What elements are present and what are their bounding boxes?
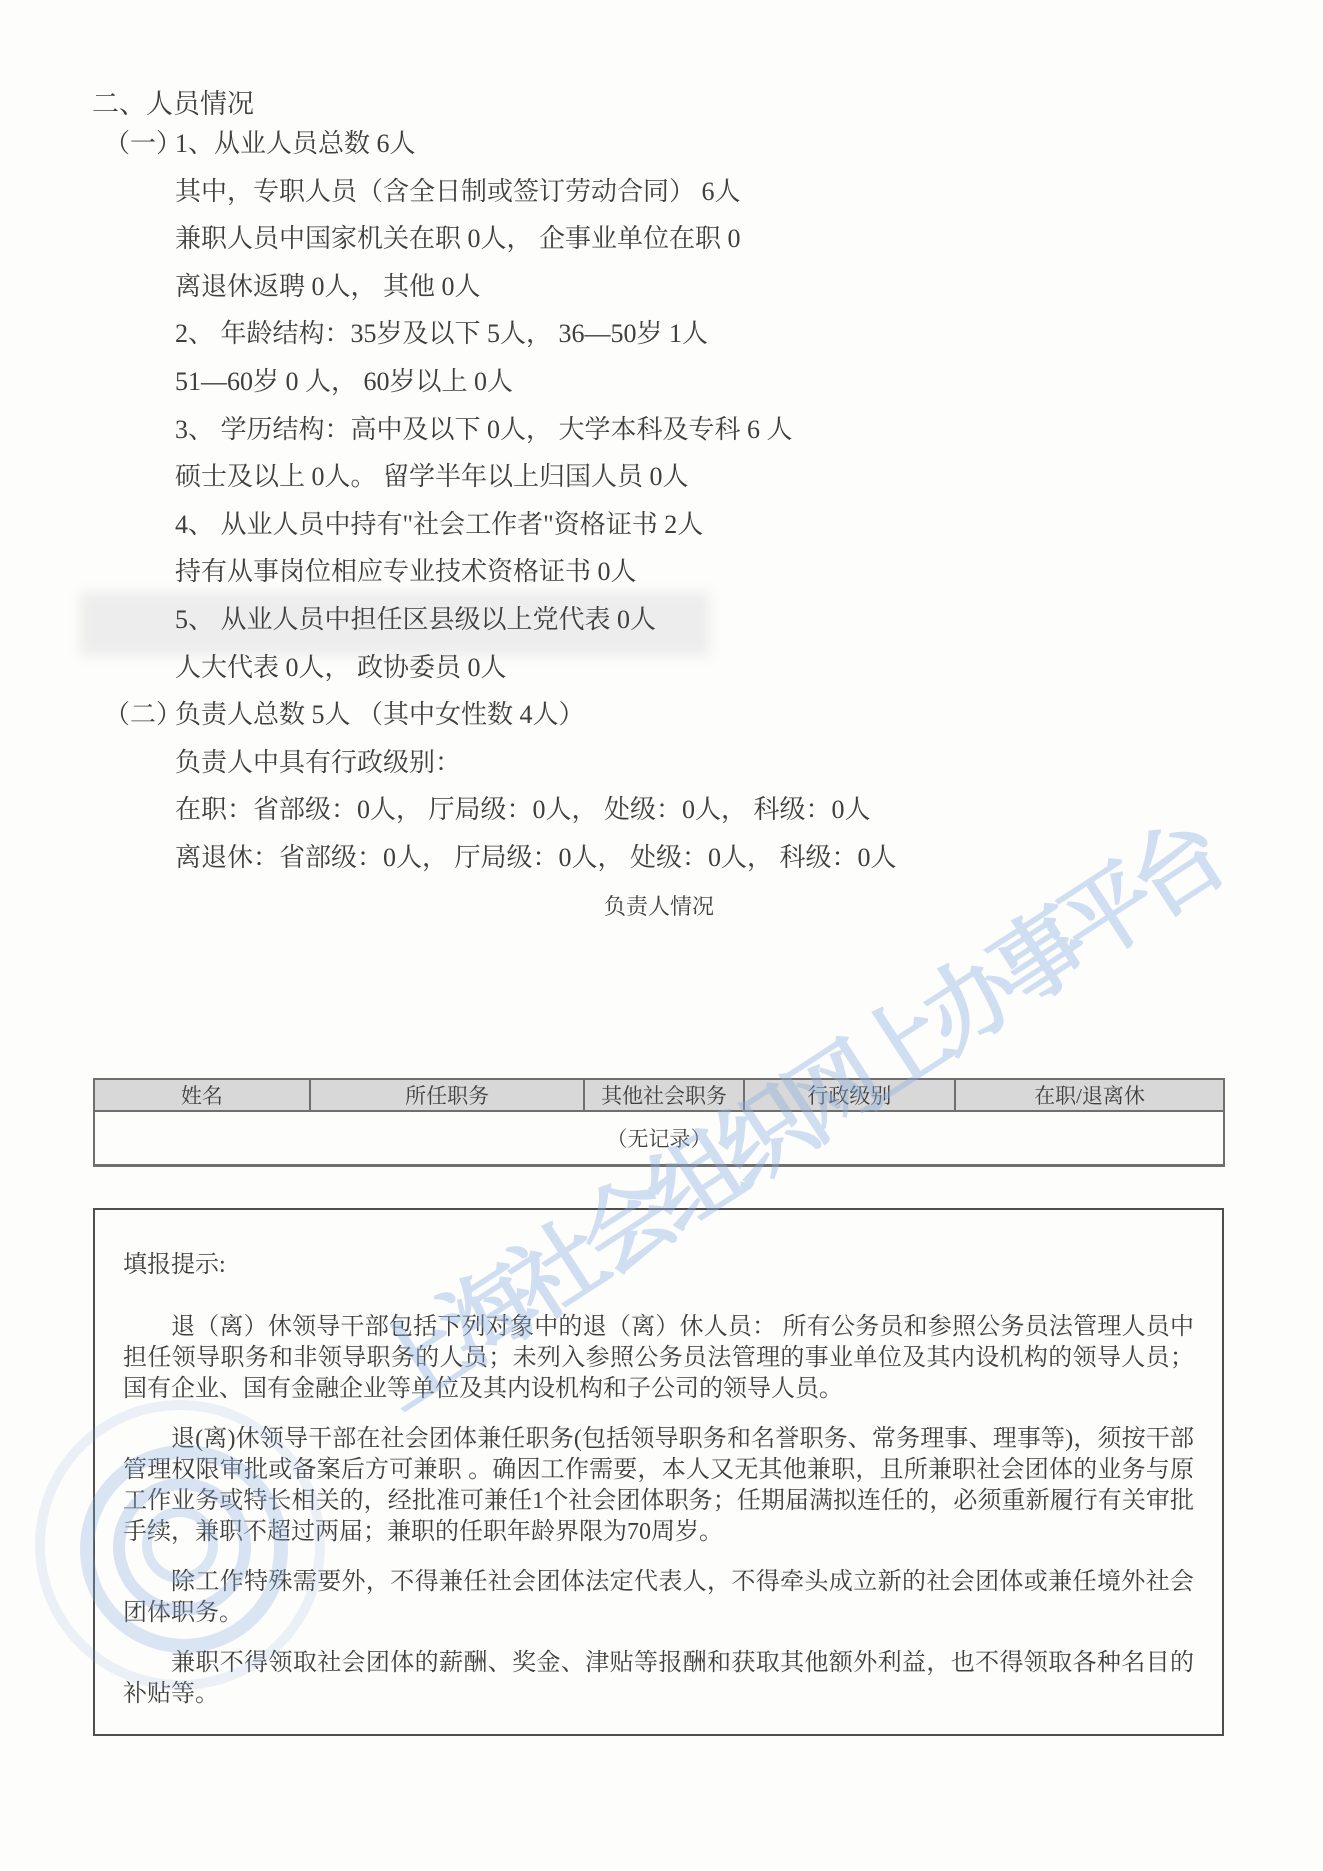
list-item: 人大代表 0人， 政协委员 0人 <box>104 644 1254 692</box>
item-text: 4、 从业人员中持有"社会工作者"资格证书 2人 <box>175 501 1254 549</box>
item-text: 负责人总数 5人 （其中女性数 4人） <box>175 691 1254 739</box>
header-cell-admin-level: 行政级别 <box>744 1079 955 1111</box>
list-item: 51—60岁 0 人， 60岁以上 0人 <box>104 358 1254 406</box>
list-item: 2、 年龄结构：35岁及以下 5人， 36—50岁 1人 <box>104 310 1254 358</box>
item-text: 51—60岁 0 人， 60岁以上 0人 <box>175 358 1254 406</box>
item-text: 离退休返聘 0人， 其他 0人 <box>175 263 1254 311</box>
tips-paragraph: 退(离)休领导干部在社会团体兼任职务(包括领导职务和名誉职务、常务理事、理事等)… <box>123 1424 1194 1548</box>
header-cell-name: 姓名 <box>94 1079 310 1111</box>
tips-title: 填报提示: <box>123 1250 1194 1281</box>
table-header-row: 姓名 所任职务 其他社会职务 行政级别 在职/退离休 <box>94 1079 1224 1111</box>
item-text: 在职：省部级：0人， 厅局级：0人， 处级：0人， 科级：0人 <box>175 786 1254 834</box>
personnel-list: （一）1、从业人员总数 6人 其中，专职人员（含全日制或签订劳动合同） 6人 兼… <box>104 120 1254 882</box>
list-item: 在职：省部级：0人， 厅局级：0人， 处级：0人， 科级：0人 <box>104 786 1254 834</box>
item-label <box>104 215 175 263</box>
item-text: 人大代表 0人， 政协委员 0人 <box>175 644 1254 692</box>
leaders-table-title: 负责人情况 <box>93 892 1225 922</box>
item-label <box>104 453 175 501</box>
tips-paragraph: 退（离）休领导干部包括下列对象中的退（离）休人员： 所有公务员和参照公务员法管理… <box>123 1312 1194 1405</box>
tips-paragraph: 除工作特殊需要外，不得兼任社会团体法定代表人，不得牵头成立新的社会团体或兼任境外… <box>123 1567 1194 1629</box>
item-label: （二） <box>104 691 175 739</box>
item-label <box>104 644 175 692</box>
item-text: 硕士及以上 0人。 留学半年以上归国人员 0人 <box>175 453 1254 501</box>
item-text: 持有从事岗位相应专业技术资格证书 0人 <box>175 548 1254 596</box>
list-item: 离退休返聘 0人， 其他 0人 <box>104 263 1254 311</box>
list-item: 负责人中具有行政级别： <box>104 739 1254 787</box>
list-item: 离退休：省部级：0人， 厅局级：0人， 处级：0人， 科级：0人 <box>104 834 1254 882</box>
item-text: 3、 学历结构：高中及以下 0人， 大学本科及专科 6 人 <box>175 406 1254 454</box>
item-label <box>104 596 175 644</box>
list-item: 3、 学历结构：高中及以下 0人， 大学本科及专科 6 人 <box>104 406 1254 454</box>
list-item: 4、 从业人员中持有"社会工作者"资格证书 2人 <box>104 501 1254 549</box>
item-text: 其中，专职人员（含全日制或签订劳动合同） 6人 <box>175 168 1254 216</box>
header-cell-status: 在职/退离休 <box>955 1079 1224 1111</box>
item-text: 2、 年龄结构：35岁及以下 5人， 36—50岁 1人 <box>175 310 1254 358</box>
leaders-table: 姓名 所任职务 其他社会职务 行政级别 在职/退离休 （无记录） <box>93 1078 1225 1167</box>
section-heading: 二、人员情况 <box>92 84 254 124</box>
item-label <box>104 501 175 549</box>
list-item: （二）负责人总数 5人 （其中女性数 4人） <box>104 691 1254 739</box>
list-item: （一）1、从业人员总数 6人 <box>104 120 1254 168</box>
item-label <box>104 834 175 882</box>
list-item: 5、 从业人员中担任区县级以上党代表 0人 <box>104 596 1254 644</box>
list-item: 持有从事岗位相应专业技术资格证书 0人 <box>104 548 1254 596</box>
item-label <box>104 786 175 834</box>
item-text: 1、从业人员总数 6人 <box>175 120 1254 168</box>
item-text: 兼职人员中国家机关在职 0人， 企事业单位在职 0 <box>175 215 1254 263</box>
item-label <box>104 406 175 454</box>
tips-box: 填报提示: 退（离）休领导干部包括下列对象中的退（离）休人员： 所有公务员和参照… <box>93 1208 1224 1736</box>
table-empty-row: （无记录） <box>94 1111 1224 1166</box>
header-cell-other-duties: 其他社会职务 <box>584 1079 743 1111</box>
document-page: 二、人员情况 （一）1、从业人员总数 6人 其中，专职人员（含全日制或签订劳动合… <box>0 0 1323 1871</box>
item-label <box>104 548 175 596</box>
list-item: 其中，专职人员（含全日制或签订劳动合同） 6人 <box>104 168 1254 216</box>
item-label <box>104 739 175 787</box>
item-label <box>104 310 175 358</box>
list-item: 硕士及以上 0人。 留学半年以上归国人员 0人 <box>104 453 1254 501</box>
item-label: （一） <box>104 120 175 168</box>
list-item: 兼职人员中国家机关在职 0人， 企事业单位在职 0 <box>104 215 1254 263</box>
item-text: 5、 从业人员中担任区县级以上党代表 0人 <box>175 596 1254 644</box>
item-text: 离退休：省部级：0人， 厅局级：0人， 处级：0人， 科级：0人 <box>175 834 1254 882</box>
header-cell-position: 所任职务 <box>310 1079 585 1111</box>
item-label <box>104 263 175 311</box>
item-text: 负责人中具有行政级别： <box>175 739 1254 787</box>
tips-paragraph: 兼职不得领取社会团体的薪酬、奖金、津贴等报酬和获取其他额外利益，也不得领取各种名… <box>123 1648 1194 1710</box>
item-label <box>104 358 175 406</box>
item-label <box>104 168 175 216</box>
empty-row-text: （无记录） <box>94 1111 1224 1166</box>
